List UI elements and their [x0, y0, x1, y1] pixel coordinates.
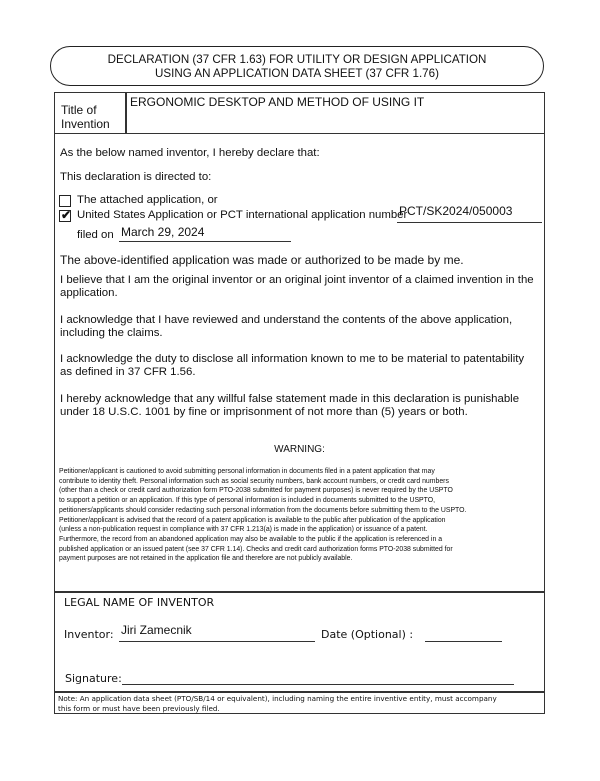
- legal-name-section-title: LEGAL NAME OF INVENTOR: [64, 596, 214, 609]
- application-number-field[interactable]: PCT/SK2024/050003: [399, 204, 512, 218]
- application-number-underline: [397, 222, 542, 223]
- signature-label: Signature:: [65, 672, 122, 685]
- footer-note: Note: An application data sheet (PTO/SB/…: [58, 694, 542, 714]
- form-header: DECLARATION (37 CFR 1.63) FOR UTILITY OR…: [50, 46, 544, 86]
- signature-field[interactable]: [122, 684, 514, 685]
- statement-original-inventor: I believe that I am the original invento…: [60, 274, 534, 288]
- statement-original-inventor-cont: application.: [60, 287, 118, 301]
- inventor-name-field[interactable]: Jiri Zamecnik: [121, 623, 192, 637]
- warning-title: WARNING:: [55, 444, 544, 455]
- date-label: Date (Optional) :: [321, 628, 413, 641]
- inventor-label: Inventor:: [64, 628, 114, 641]
- filed-on-label: filed on: [77, 229, 114, 243]
- title-of-invention-row: Title of Invention ERGONOMIC DESKTOP AND…: [55, 93, 544, 134]
- date-underline: [425, 641, 502, 642]
- statement-duty-disclose-cont: as defined in 37 CFR 1.56.: [60, 366, 196, 380]
- filed-on-underline: [119, 241, 291, 242]
- us-pct-application-label: United States Application or PCT interna…: [77, 209, 407, 223]
- declaration-intro: As the below named inventor, I hereby de…: [60, 147, 320, 161]
- statement-false-statement: I hereby acknowledge that any willful fa…: [60, 393, 519, 407]
- title-of-invention-field[interactable]: ERGONOMIC DESKTOP AND METHOD OF USING IT: [130, 95, 424, 109]
- us-pct-application-checkbox[interactable]: ✔: [59, 210, 71, 222]
- filed-on-field[interactable]: March 29, 2024: [121, 225, 204, 239]
- warning-body: Petitioner/applicant is cautioned to avo…: [59, 467, 541, 564]
- attached-application-checkbox[interactable]: [59, 195, 71, 207]
- statement-false-statement-cont: under 18 U.S.C. 1001 by fine or imprison…: [60, 406, 468, 420]
- footer-divider: [55, 691, 544, 693]
- form-title-line2: USING AN APPLICATION DATA SHEET (37 CFR …: [51, 67, 543, 81]
- statement-duty-disclose: I acknowledge the duty to disclose all i…: [60, 353, 524, 367]
- directed-to-label: This declaration is directed to:: [60, 171, 211, 185]
- checkmark-icon: ✔: [61, 208, 71, 222]
- statement-reviewed-cont: including the claims.: [60, 327, 163, 341]
- statement-made-authorized: The above-identified application was mad…: [60, 254, 464, 268]
- inventor-underline: [119, 641, 315, 642]
- statement-reviewed: I acknowledge that I have reviewed and u…: [60, 314, 512, 328]
- form-title-line1: DECLARATION (37 CFR 1.63) FOR UTILITY OR…: [51, 53, 543, 67]
- column-divider: [125, 93, 127, 133]
- attached-application-label: The attached application, or: [77, 194, 218, 208]
- declaration-form: Title of Invention ERGONOMIC DESKTOP AND…: [54, 92, 545, 714]
- section-divider: [55, 591, 544, 593]
- title-of-invention-label: Title of Invention: [61, 103, 110, 131]
